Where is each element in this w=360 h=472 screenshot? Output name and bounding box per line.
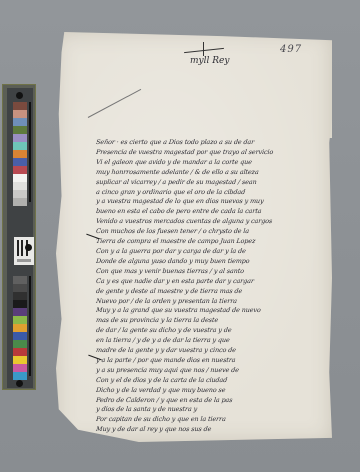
- text-line: Con muchos de los fuesen tener / o chrys…: [95, 227, 324, 237]
- text-line: y a su presencia muy aqui que nos / nuev…: [95, 366, 324, 376]
- header-mark: myll Rey: [182, 42, 252, 70]
- registration-dot-icon: [25, 244, 32, 251]
- text-line: Tierra de compra el maestre de campo Jua…: [95, 237, 324, 247]
- color-swatch: [13, 118, 27, 126]
- letter-body: Señor · es cierto que a Dios todo plazo …: [96, 138, 324, 435]
- cross-icon: [203, 42, 204, 56]
- text-line: Pedro de Calderon / y que en esta de la …: [95, 396, 324, 406]
- color-swatch: [13, 276, 27, 284]
- color-swatch: [13, 150, 27, 158]
- text-line: Con y el de dios y de la carta de la ciu…: [95, 376, 324, 386]
- text-line: mas de su provincia y la tierra la deste: [95, 316, 324, 326]
- color-swatches-bottom: [13, 276, 27, 380]
- text-line: y a vuestra magestad de lo que en dios n…: [95, 197, 324, 207]
- text-line: Venido a vuestros mercados cuentas de al…: [95, 217, 324, 227]
- text-line: Presencia de vuestra magestad por que tr…: [95, 148, 324, 158]
- color-swatch: [13, 158, 27, 166]
- text-line: y dios de la santa y de nuestra y: [95, 405, 324, 415]
- color-swatch: [13, 340, 27, 348]
- text-line: Nuevo por / de la orden y presentan la t…: [95, 297, 324, 307]
- text-line: Muy y a la grand que su vuestra magestad…: [95, 306, 324, 316]
- color-swatch: [13, 174, 27, 182]
- grayscale-ruler: [29, 276, 31, 376]
- color-swatch: [13, 356, 27, 364]
- text-line: Muy y de dar al rey y que nos sus de: [95, 425, 324, 435]
- cross-icon: [184, 48, 224, 53]
- calibration-card: [7, 88, 33, 388]
- color-swatch: [13, 292, 27, 300]
- text-line: suplicar al vicarrey / a pedir de su mag…: [95, 178, 324, 188]
- color-swatch: [13, 198, 27, 206]
- text-line: Donde de alguna yuso dando y muy buen ti…: [95, 257, 324, 267]
- color-swatch: [13, 166, 27, 174]
- text-line: muy honrrosamente adelante / & de ello a…: [95, 168, 324, 178]
- header-annotation: myll Rey: [190, 56, 229, 66]
- text-line: de gente y deste al maestre y de tierra …: [95, 287, 324, 297]
- text-line: Señor · es cierto que a Dios todo plazo …: [95, 138, 324, 148]
- folio-number: 497: [280, 44, 302, 55]
- color-swatch: [13, 110, 27, 118]
- grayscale-ruler: [29, 102, 31, 202]
- color-swatch: [13, 364, 27, 372]
- registration-dot-icon: [16, 380, 23, 387]
- text-line: Por capitan de su dicho y que en la tier…: [95, 415, 324, 425]
- text-line: Con que mas y venir buenas tierras / y a…: [95, 267, 324, 277]
- text-line: en la tierra / y de y a de dar la tierra…: [95, 336, 324, 346]
- color-swatch: [13, 332, 27, 340]
- text-line: Ca y es que nadie dar y en esta parte da…: [95, 277, 324, 287]
- text-line: Dicho y de la verdad y que muy bueno se: [95, 386, 324, 396]
- color-swatch: [13, 300, 27, 308]
- color-swatch: [13, 190, 27, 198]
- color-swatch: [13, 324, 27, 332]
- text-line: madre de la gente y y dar vuestra y cinc…: [95, 346, 324, 356]
- color-calibration-target: [2, 84, 36, 390]
- text-line: a cinco gran y ordinario que el oro de l…: [95, 188, 324, 198]
- color-swatch: [13, 372, 27, 380]
- text-line: y a la parte / por que mande dios en nue…: [95, 356, 324, 366]
- color-swatch: [13, 348, 27, 356]
- text-line: Vi el galeon que avido y de mandar a la …: [95, 158, 324, 168]
- color-swatches-top: [13, 102, 27, 206]
- color-swatch: [13, 134, 27, 142]
- text-line: Con y a la guerra por dar y carga de dar…: [95, 247, 324, 257]
- text-line: bueno en esta el cabo de pero entre de c…: [95, 207, 324, 217]
- color-swatch: [13, 316, 27, 324]
- color-swatch: [13, 308, 27, 316]
- color-swatch: [13, 142, 27, 150]
- color-swatch: [13, 126, 27, 134]
- color-swatch: [13, 284, 27, 292]
- color-swatch: [13, 102, 27, 110]
- text-line: de dar / la gente su dicho y de vuestra …: [95, 326, 324, 336]
- calibration-label: [14, 237, 34, 265]
- registration-dot-icon: [16, 92, 23, 99]
- color-swatch: [13, 182, 27, 190]
